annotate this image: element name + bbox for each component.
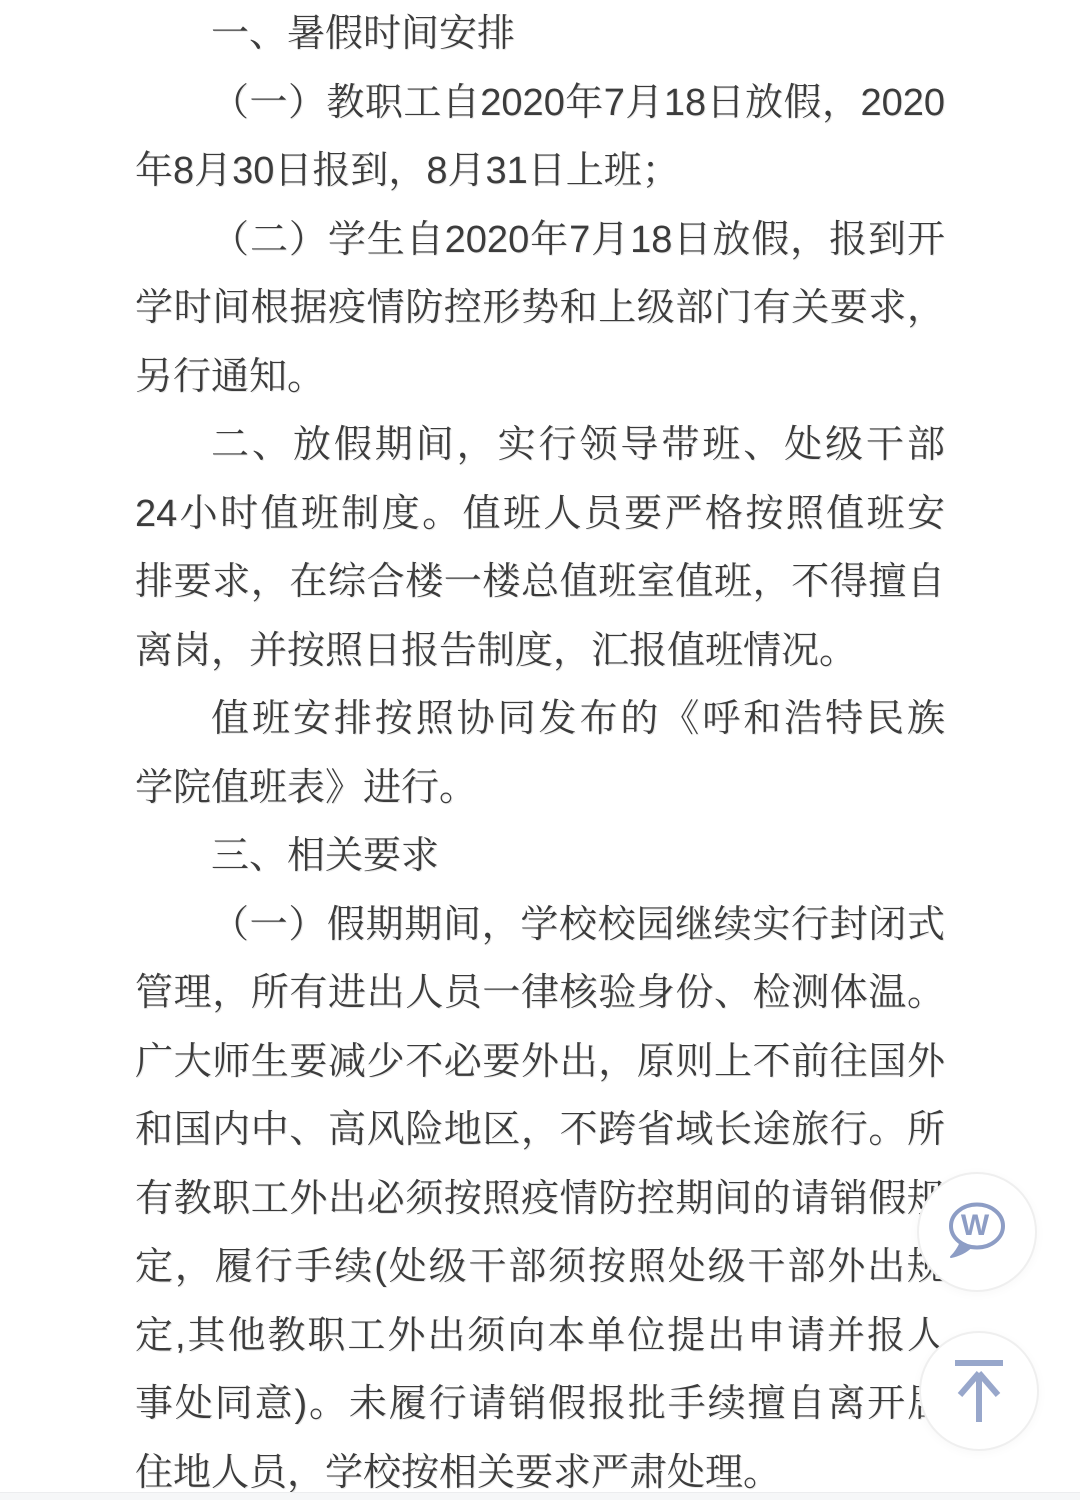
paragraph: 二、放假期间，实行领导带班、处级干部24小时值班制度。值班人员要严格按照值班安排… (135, 411, 945, 685)
text-line: 二、放假期间，实行领导带班、处级干部 (135, 411, 945, 480)
text-line: 定，履行手续(处级干部须按照处级干部外出规 (135, 1233, 945, 1302)
speech-bubble-w-icon: W (944, 1200, 1010, 1264)
text-line: 一、暑假时间安排 (135, 0, 945, 69)
text-line: 事处同意)。未履行请销假报批手续擅自离开居 (135, 1370, 945, 1439)
article-body: 一、暑假时间安排（一）教职工自2020年7月18日放假，2020年8月30日报到… (135, 0, 945, 1500)
paragraph: 值班安排按照协同发布的《呼和浩特民族学院值班表》进行。 (135, 685, 945, 822)
text-line: 另行通知。 (135, 343, 945, 412)
text-line: 学时间根据疫情防控形势和上级部门有关要求， (135, 274, 945, 343)
text-line: 排要求，在综合楼一楼总值班室值班，不得擅自 (135, 548, 945, 617)
paragraph: （一）教职工自2020年7月18日放假，2020年8月30日报到，8月31日上班… (135, 69, 945, 206)
text-line: 管理，所有进出人员一律核验身份、检测体温。 (135, 959, 945, 1028)
text-line: 定,其他教职工外出须向本单位提出申请并报人 (135, 1302, 945, 1371)
text-line: 值班安排按照协同发布的《呼和浩特民族 (135, 685, 945, 754)
arrow-up-to-top-icon (951, 1358, 1007, 1424)
text-line: 24小时值班制度。值班人员要严格按照值班安 (135, 480, 945, 549)
paragraph: （二）学生自2020年7月18日放假，报到开学时间根据疫情防控形势和上级部门有关… (135, 206, 945, 412)
text-line: 广大师生要减少不必要外出，原则上不前往国外 (135, 1028, 945, 1097)
text-line: 三、相关要求 (135, 822, 945, 891)
paragraph: （一）假期期间，学校校园继续实行封闭式管理，所有进出人员一律核验身份、检测体温。… (135, 891, 945, 1500)
comment-float-button[interactable]: W (917, 1172, 1037, 1292)
section-heading: 三、相关要求 (135, 822, 945, 891)
section-heading: 一、暑假时间安排 (135, 0, 945, 69)
text-line: 学院值班表》进行。 (135, 754, 945, 823)
text-line: （一）教职工自2020年7月18日放假，2020 (135, 69, 945, 138)
text-line: （二）学生自2020年7月18日放假，报到开 (135, 206, 945, 275)
comment-glyph: W (944, 1206, 1006, 1246)
text-line: 住地人员，学校按相关要求严肃处理。 (135, 1439, 945, 1500)
back-to-top-button[interactable] (919, 1331, 1039, 1451)
text-line: 年8月30日报到，8月31日上班； (135, 137, 945, 206)
text-line: 有教职工外出必须按照疫情防控期间的请销假规 (135, 1165, 945, 1234)
text-line: 离岗，并按照日报告制度，汇报值班情况。 (135, 617, 945, 686)
bottom-toolbar-edge (0, 1492, 1080, 1500)
text-line: 和国内中、高风险地区，不跨省域长途旅行。所 (135, 1096, 945, 1165)
text-line: （一）假期期间，学校校园继续实行封闭式 (135, 891, 945, 960)
